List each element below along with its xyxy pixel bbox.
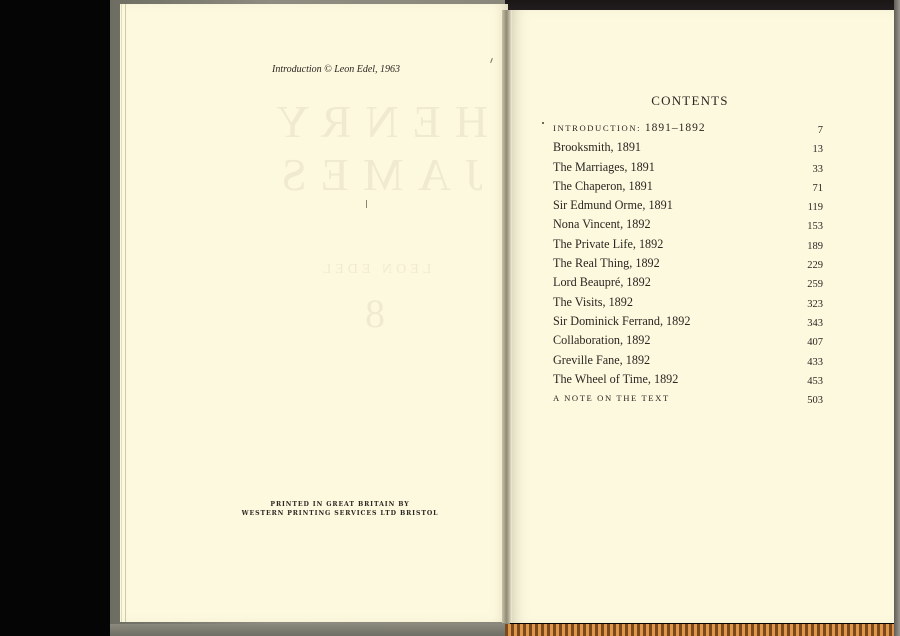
toc-entry: Sir Edmund Orme, 1891 119 bbox=[553, 196, 823, 215]
toc-entry: The Private Life, 1892 189 bbox=[553, 235, 823, 254]
book-cover-right-edge bbox=[894, 0, 900, 636]
toc-entry-title: Greville Fane, 1892 bbox=[553, 351, 650, 370]
toc-entry-title: Lord Beaupré, 1892 bbox=[553, 273, 651, 292]
page-edge-line bbox=[125, 4, 126, 622]
show-through-text: 8 bbox=[255, 290, 495, 337]
toc-entry: A NOTE ON THE TEXT 503 bbox=[553, 389, 823, 408]
book-gutter bbox=[502, 10, 512, 623]
toc-entry: Nona Vincent, 1892 153 bbox=[553, 215, 823, 234]
paper-speck bbox=[542, 122, 544, 124]
book-cover-bottom-edge bbox=[110, 624, 510, 636]
toc-entry-page: 503 bbox=[807, 391, 823, 410]
toc-entry: The Chaperon, 1891 71 bbox=[553, 177, 823, 196]
printer-imprint: PRINTED IN GREAT BRITAIN BY WESTERN PRIN… bbox=[240, 500, 440, 518]
toc-entry-title: The Real Thing, 1892 bbox=[553, 254, 660, 273]
toc-entry-title: The Wheel of Time, 1892 bbox=[553, 370, 678, 389]
toc-entry: The Wheel of Time, 1892 453 bbox=[553, 370, 823, 389]
scan-bottom-band bbox=[505, 624, 900, 636]
contents-heading: CONTENTS bbox=[610, 93, 770, 109]
show-through-text: JAMES bbox=[255, 148, 495, 201]
toc-entry: Brooksmith, 1891 13 bbox=[553, 138, 823, 157]
copyright-notice: Introduction © Leon Edel, 1963 bbox=[272, 64, 400, 75]
toc-entry: INTRODUCTION: 1891–1892 7 bbox=[553, 119, 823, 138]
toc-entry-title: The Private Life, 1892 bbox=[553, 235, 663, 254]
toc-entry: Collaboration, 1892 407 bbox=[553, 331, 823, 350]
page-edge-line bbox=[121, 4, 122, 622]
show-through-text: LEON EDEL bbox=[255, 262, 495, 278]
toc-entry: The Visits, 1892 323 bbox=[553, 293, 823, 312]
toc-entry: Greville Fane, 1892 433 bbox=[553, 351, 823, 370]
toc-entry: The Marriages, 1891 33 bbox=[553, 158, 823, 177]
toc-entry-title: Nona Vincent, 1892 bbox=[553, 215, 651, 234]
toc-entry: Sir Dominick Ferrand, 1892 343 bbox=[553, 312, 823, 331]
toc-entry-title: Sir Edmund Orme, 1891 bbox=[553, 196, 673, 215]
toc-entry-title: Brooksmith, 1891 bbox=[553, 138, 641, 157]
toc-entry-title: The Marriages, 1891 bbox=[553, 158, 655, 177]
toc-entry-title: The Visits, 1892 bbox=[553, 293, 633, 312]
printer-line: WESTERN PRINTING SERVICES LTD BRISTOL bbox=[240, 509, 440, 518]
toc-entry-title: Collaboration, 1892 bbox=[553, 331, 651, 350]
printer-line: PRINTED IN GREAT BRITAIN BY bbox=[240, 500, 440, 509]
scanned-book-spread: HENRY JAMES LEON EDEL 8 Introduction © L… bbox=[0, 0, 900, 636]
paper-speck bbox=[366, 200, 367, 208]
toc-entry-title: INTRODUCTION: 1891–1892 bbox=[553, 119, 706, 138]
toc-entry-title: Sir Dominick Ferrand, 1892 bbox=[553, 312, 690, 331]
toc-entry: The Real Thing, 1892 229 bbox=[553, 254, 823, 273]
show-through-text: HENRY bbox=[255, 95, 495, 148]
toc-entry-title: The Chaperon, 1891 bbox=[553, 177, 653, 196]
table-of-contents: INTRODUCTION: 1891–1892 7 Brooksmith, 18… bbox=[553, 119, 823, 408]
toc-entry: Lord Beaupré, 1892 259 bbox=[553, 273, 823, 292]
toc-entry-title: A NOTE ON THE TEXT bbox=[553, 389, 670, 408]
